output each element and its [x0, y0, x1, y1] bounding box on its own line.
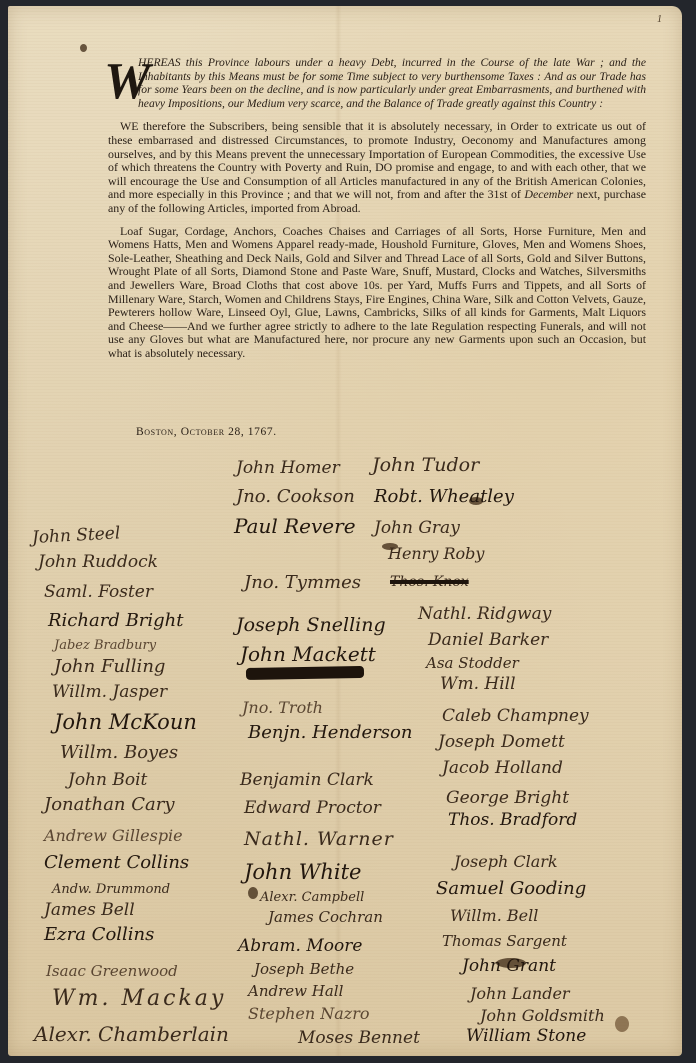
dropcap-letter: W	[104, 60, 150, 104]
struck-out-signature	[246, 666, 364, 680]
signature: Isaac Greenwood	[46, 962, 178, 980]
signature: Andw. Drummond	[52, 882, 170, 897]
signature: Thomas Sargent	[442, 932, 567, 950]
signature: William Stone	[466, 1026, 586, 1046]
signature: Asa Stodder	[426, 654, 519, 672]
signature: Joseph Snelling	[236, 614, 386, 636]
signature: Joseph Domett	[438, 732, 565, 752]
signature: Jno. Troth	[242, 698, 323, 717]
signature: Nathl. Warner	[244, 828, 394, 850]
preamble-text: HEREAS this Province labours under a hea…	[138, 56, 646, 110]
signature: John Mackett	[240, 642, 376, 666]
articles-paragraph: Loaf Sugar, Cordage, Anchors, Coaches Ch…	[108, 225, 646, 361]
signature: John Lander	[470, 984, 570, 1003]
signature: John McKoun	[54, 710, 197, 734]
signature: George Bright	[446, 788, 569, 808]
preamble: W HEREAS this Province labours under a h…	[108, 56, 646, 110]
signature: John Grant	[462, 956, 556, 976]
signature: Ezra Collins	[44, 924, 154, 945]
printed-text-block: W HEREAS this Province labours under a h…	[108, 56, 646, 360]
signature: Stephen Nazro	[248, 1004, 370, 1023]
signature: John White	[244, 860, 361, 884]
signature: Joseph Bethe	[254, 960, 354, 978]
resolution-paragraph: WE therefore the Subscribers, being sens…	[108, 120, 646, 215]
signature-paul-revere: Paul Revere	[234, 514, 356, 538]
signature: Nathl. Ridgway	[418, 604, 551, 624]
signature: Abram. Moore	[238, 936, 362, 956]
signature: Thos. Bradford	[448, 810, 577, 830]
signature: Alexr. Campbell	[260, 890, 364, 905]
signature: Wm. Mackay	[52, 986, 226, 1011]
signature: Willm. Jasper	[52, 682, 167, 702]
signature: Saml. Foster	[44, 582, 153, 602]
signature: Thos. Knox	[390, 574, 469, 590]
signature: Andrew Gillespie	[44, 826, 183, 845]
signature: James Cochran	[268, 908, 383, 926]
signature: John Steel	[31, 523, 120, 548]
signature: Benjn. Henderson	[248, 722, 412, 743]
signature: Jno. Tymmes	[244, 572, 361, 593]
signature: Andrew Hall	[248, 982, 343, 1000]
ink-stain	[248, 887, 258, 899]
signature: Caleb Champney	[442, 706, 589, 726]
signature: Jacob Holland	[442, 758, 563, 778]
ink-stain	[615, 1016, 629, 1032]
signature: Henry Roby	[388, 544, 484, 563]
signature: John Goldsmith	[480, 1006, 605, 1025]
signature: John Tudor	[372, 454, 479, 476]
signature: Daniel Barker	[428, 630, 548, 650]
resolution-month: December	[524, 187, 573, 201]
signature: Willm. Boyes	[60, 742, 178, 763]
signature: John Ruddock	[38, 552, 158, 572]
signature: John Boit	[68, 770, 147, 790]
signature: Alexr. Chamberlain	[34, 1022, 229, 1046]
page-mark: 1	[657, 14, 662, 25]
signature: Willm. Bell	[450, 906, 538, 925]
signature: Robt. Wheatley	[374, 486, 514, 507]
signature: James Bell	[44, 900, 135, 920]
signature: Jno. Cookson	[236, 486, 355, 507]
signature: Jabez Bradbury	[54, 638, 156, 653]
signature: John Homer	[236, 458, 340, 478]
signature: Moses Bennet	[298, 1028, 420, 1048]
document-page: 1 W HEREAS this Province labours under a…	[8, 6, 682, 1056]
signature: Edward Proctor	[244, 798, 381, 818]
signature: Jonathan Cary	[44, 794, 175, 815]
signature: Benjamin Clark	[240, 770, 374, 790]
dateline: Boston, October 28, 1767.	[136, 426, 277, 438]
signature: John Gray	[374, 518, 460, 538]
signature: John Fulling	[54, 656, 165, 677]
signature: Joseph Clark	[454, 852, 558, 871]
signature: Clement Collins	[44, 852, 189, 873]
ink-stain	[80, 44, 87, 52]
signature: Samuel Gooding	[436, 878, 586, 899]
signature: Richard Bright	[48, 610, 184, 631]
signature: Wm. Hill	[440, 674, 516, 694]
